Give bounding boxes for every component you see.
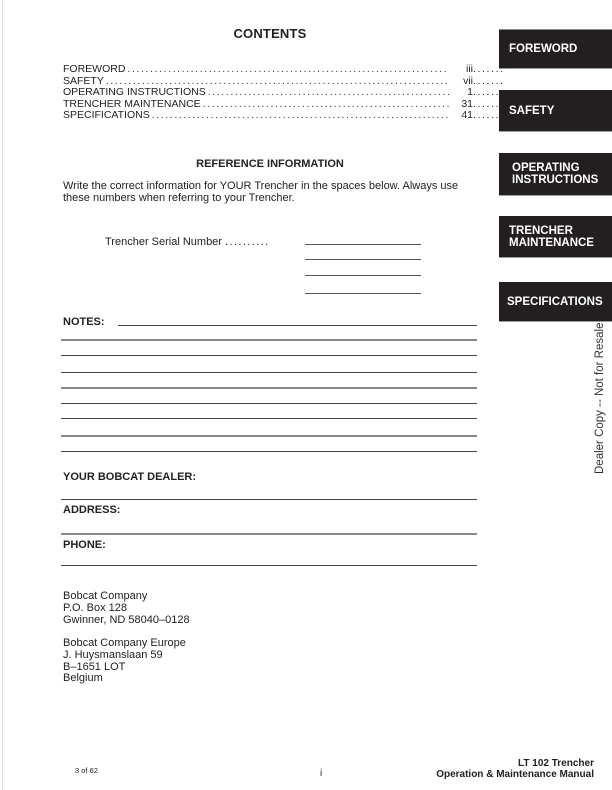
toc-entry-operating-instructions[interactable]: OPERATING INSTRUCTIONS .................… (63, 87, 503, 99)
notes-label: NOTES: (63, 316, 105, 328)
address-field[interactable] (61, 533, 477, 535)
tab-safety[interactable]: SAFETY (499, 90, 612, 132)
tab-operating-instructions[interactable]: OPERATINGINSTRUCTIONS (499, 153, 612, 196)
table-of-contents: FOREWORD ...............................… (63, 64, 503, 122)
serial-number-field[interactable] (305, 259, 421, 260)
toc-entry-safety[interactable]: SAFETY .................................… (63, 76, 503, 88)
toc-entry-trencher-maintenance[interactable]: TRENCHER MAINTENANCE ...................… (63, 99, 503, 111)
notes-line[interactable] (61, 435, 477, 437)
notes-line[interactable] (61, 355, 477, 356)
tab-specifications[interactable]: SPECIFICATIONS (499, 282, 612, 322)
notes-line[interactable] (61, 418, 477, 419)
page-number: i (320, 768, 322, 779)
company-address-europe: Bobcat Company Europe J. Huysmanslaan 59… (63, 638, 186, 685)
tab-foreword[interactable]: FOREWORD (499, 29, 612, 69)
notes-line[interactable] (61, 451, 477, 452)
notes-line[interactable] (61, 403, 477, 404)
notes-line[interactable] (61, 372, 477, 373)
dealer-field[interactable] (61, 499, 477, 500)
contents-title: CONTENTS (170, 26, 370, 41)
tab-trencher-maintenance[interactable]: TRENCHERMAINTENANCE (499, 216, 612, 258)
phone-field[interactable] (61, 565, 477, 566)
company-address-us: Bobcat Company P.O. Box 128 Gwinner, ND … (63, 591, 190, 626)
phone-label: PHONE: (63, 539, 106, 551)
notes-line[interactable] (61, 339, 477, 341)
page-edge-line (2, 0, 3, 790)
serial-number-field[interactable] (305, 275, 421, 276)
manual-title: LT 102 Trencher Operation & Maintenance … (436, 758, 594, 780)
dealer-label: YOUR BOBCAT DEALER: (63, 471, 196, 483)
dealer-copy-watermark: Dealer Copy -- Not for Resale (594, 323, 606, 474)
notes-line[interactable] (61, 387, 477, 389)
reference-information-text: Write the correct information for YOUR T… (63, 180, 483, 204)
page-count: 3 of 62 (75, 766, 98, 775)
serial-number-label: Trencher Serial Number .......... (105, 236, 270, 248)
reference-information-heading: REFERENCE INFORMATION (150, 158, 390, 170)
toc-entry-foreword[interactable]: FOREWORD ...............................… (63, 64, 503, 76)
toc-entry-specifications[interactable]: SPECIFICATIONS .........................… (63, 110, 503, 122)
serial-number-field[interactable] (305, 244, 421, 245)
serial-number-field[interactable] (305, 293, 421, 294)
notes-line[interactable] (118, 325, 477, 326)
address-label: ADDRESS: (63, 504, 120, 516)
